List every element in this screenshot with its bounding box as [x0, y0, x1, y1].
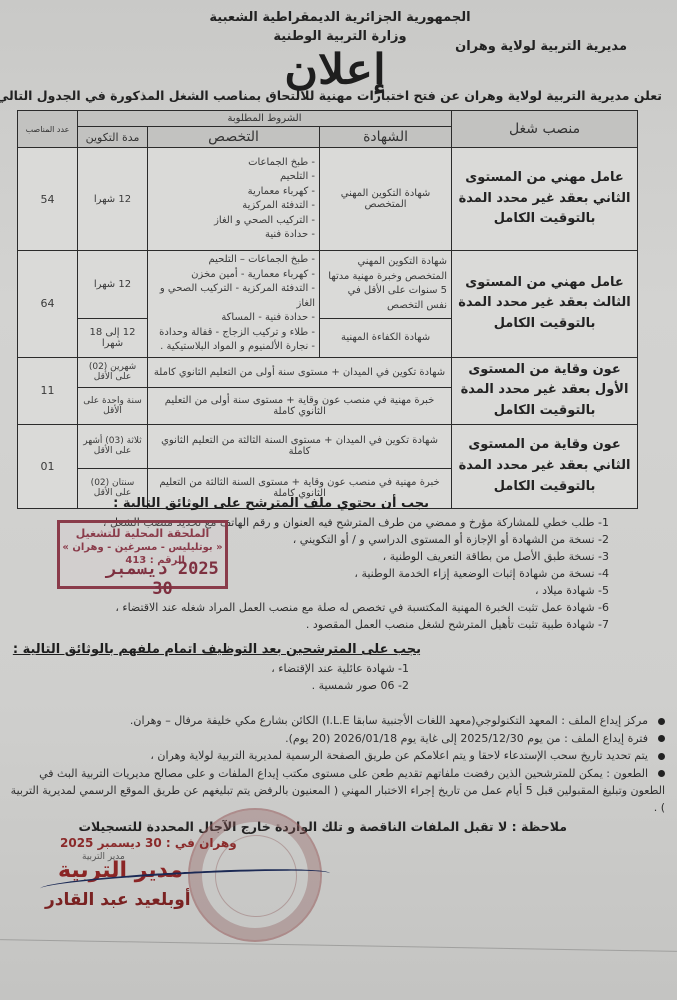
paper-fold — [0, 939, 677, 952]
intro-text: تعلن مديرية التربية لولاية وهران عن فتح … — [0, 88, 662, 103]
certificate-cell: شهادة التكوين المهني المتخصص وخبرة مهنية… — [320, 251, 452, 319]
count-cell: 11 — [18, 357, 78, 424]
bullet-text: مركز إيداع الملف : المعهد التكنولوجي(معه… — [130, 714, 648, 727]
header-job: منصب شغل — [452, 111, 638, 148]
document-item: 2- 06 صور شمسية . — [271, 677, 409, 694]
summons-info: يتم تحديد تاريخ سحب الإستدعاء لاحقا و يت… — [0, 747, 665, 765]
employment-office-stamp: الملحقة المحلية للتشغيل « بوتليليس - مسر… — [57, 520, 228, 589]
duration-cell: 12 شهرا — [78, 251, 148, 319]
deposit-center: مركز إيداع الملف : المعهد التكنولوجي(معه… — [0, 712, 665, 730]
duration-cell: ثلاثة (03) أشهر على الأقل — [78, 424, 148, 468]
stamp-office: الملحقة المحلية للتشغيل — [60, 527, 225, 540]
certificate-cell: شهادة التكوين المهني المتخصص — [320, 148, 452, 251]
specialty-item: - التلحيم — [152, 170, 315, 185]
required-documents-heading: يجب أن يحتوي ملف المترشح على الوثائق الت… — [113, 496, 429, 511]
bullet-icon — [658, 735, 665, 742]
ministry-header: وزارة التربية الوطنية — [180, 29, 500, 44]
job-title: عامل مهني من المستوى الثاني بعقد غير محد… — [452, 148, 638, 251]
certificate-cell: شهادة تكوين في الميدان + مستوى السنة الث… — [148, 424, 452, 468]
header-specialty: التخصص — [148, 127, 320, 148]
after-hiring-list: 1- شهادة عائلية عند الإقتضاء ، 2- 06 صور… — [271, 660, 409, 694]
certificate-cell: شهادة الكفاءة المهنية — [320, 318, 452, 357]
header-conditions: الشروط المطلوبة — [78, 111, 452, 127]
job-title: عامل مهني من المستوى الثالث بعقد غير محد… — [452, 251, 638, 358]
duration-cell: سنة واحدة على الأقل — [78, 388, 148, 425]
specialty-item: - كهرباء معمارية — [152, 185, 315, 200]
appeals-info: الطعون : يمكن للمترشحين الذين رفضت ملفات… — [0, 765, 665, 816]
job-title: عون وقاية من المستوى الأول بعقد غير محدد… — [452, 357, 638, 424]
specialty-item: - طبخ الجماعات – التلحيم — [152, 253, 315, 268]
specialty-item: - نجارة الألمنيوم و المواد البلاستيكية . — [152, 340, 315, 355]
duration-cell: 12 إلى 18 شهرا — [78, 318, 148, 357]
specialty-item: - حدادة فنية - المساكة — [152, 311, 315, 326]
stamp-location: « بوتليليس - مسرغين - وهران » — [60, 542, 225, 553]
bullet-icon — [658, 770, 665, 777]
specialty-item: - التدفئة المركزية — [152, 199, 315, 214]
specialty-item: - طلاء و تركيب الزجاج - قفالة وحدادة — [152, 326, 315, 341]
count-cell: 64 — [18, 251, 78, 358]
bullet-text: الطعون : يمكن للمترشحين الذين رفضت ملفات… — [11, 767, 665, 814]
certificate-cell: خبرة مهنية في منصب عون وقاية + مستوى سنة… — [148, 388, 452, 425]
bullet-icon — [658, 718, 665, 725]
document-item: 7- شهادة طبية تثبت تأهيل المترشح لشغل من… — [103, 616, 609, 633]
document-item: 1- شهادة عائلية عند الإقتضاء ، — [271, 660, 409, 677]
page-title: إعلان — [255, 45, 415, 94]
signatory-name: أوبلعيد عبد القادر — [45, 890, 191, 910]
deposit-period: فترة إيداع الملف : من يوم 2025/12/30 إلى… — [0, 730, 665, 748]
republic-header: الجمهورية الجزائرية الديمقراطية الشعبية — [180, 10, 500, 25]
table-row: عون وقاية من المستوى الثاني بعقد غير محد… — [18, 424, 638, 468]
info-bullets: مركز إيداع الملف : المعهد التكنولوجي(معه… — [0, 712, 665, 816]
certificate-cell: شهادة تكوين في الميدان + مستوى سنة أولى … — [148, 357, 452, 388]
after-hiring-heading: يجب على المترشحين بعد التوظيف اتمام ملفه… — [13, 642, 421, 657]
specialty-item: - التركيب الصحي و الغاز — [152, 214, 315, 229]
specialty-list: - طبخ الجماعات - التلحيم - كهرباء معماري… — [148, 148, 320, 251]
header-count: عدد المناصب — [18, 111, 78, 148]
table-row: عامل مهني من المستوى الثالث بعقد غير محد… — [18, 251, 638, 319]
announcement-document: الجمهورية الجزائرية الديمقراطية الشعبية … — [0, 0, 677, 1000]
bullet-text: يتم تحديد تاريخ سحب الإستدعاء لاحقا و يت… — [150, 749, 648, 762]
specialty-list: - طبخ الجماعات – التلحيم - كهرباء معماري… — [148, 251, 320, 358]
specialty-item: - حدادة فنية — [152, 228, 315, 243]
header-duration: مدة التكوين — [78, 127, 148, 148]
bullet-icon — [658, 753, 665, 760]
count-cell: 54 — [18, 148, 78, 251]
table-row: عامل مهني من المستوى الثاني بعقد غير محد… — [18, 148, 638, 251]
job-title: عون وقاية من المستوى الثاني بعقد غير محد… — [452, 424, 638, 508]
header-certificate: الشهادة — [320, 127, 452, 148]
note-text: ملاحظة : لا تقبل الملفات الناقصة و تلك ا… — [78, 819, 567, 834]
document-item: 6- شهادة عمل تثبت الخبرة المهنية المكتسب… — [103, 599, 609, 616]
count-cell: 01 — [18, 424, 78, 508]
duration-cell: شهرين (02) على الأقل — [78, 357, 148, 388]
directorate-header: مديرية التربية لولاية وهران — [455, 39, 627, 54]
stamp-date: 2025 ديسمبر 30 — [100, 559, 225, 599]
duration-cell: 12 شهرا — [78, 148, 148, 251]
jobs-table: منصب شغل الشروط المطلوبة عدد المناصب الش… — [17, 110, 638, 509]
signature-place-date: وهران في : 30 ديسمبر 2025 — [60, 836, 237, 850]
table-row: عون وقاية من المستوى الأول بعقد غير محدد… — [18, 357, 638, 388]
bullet-text: فترة إيداع الملف : من يوم 2025/12/30 إلى… — [285, 732, 648, 745]
specialty-item: - كهرباء معمارية - أمين مخزن — [152, 268, 315, 283]
specialty-item: - التدفئة المركزية - التركيب الصحي و الغ… — [152, 282, 315, 311]
specialty-item: - طبخ الجماعات — [152, 156, 315, 171]
